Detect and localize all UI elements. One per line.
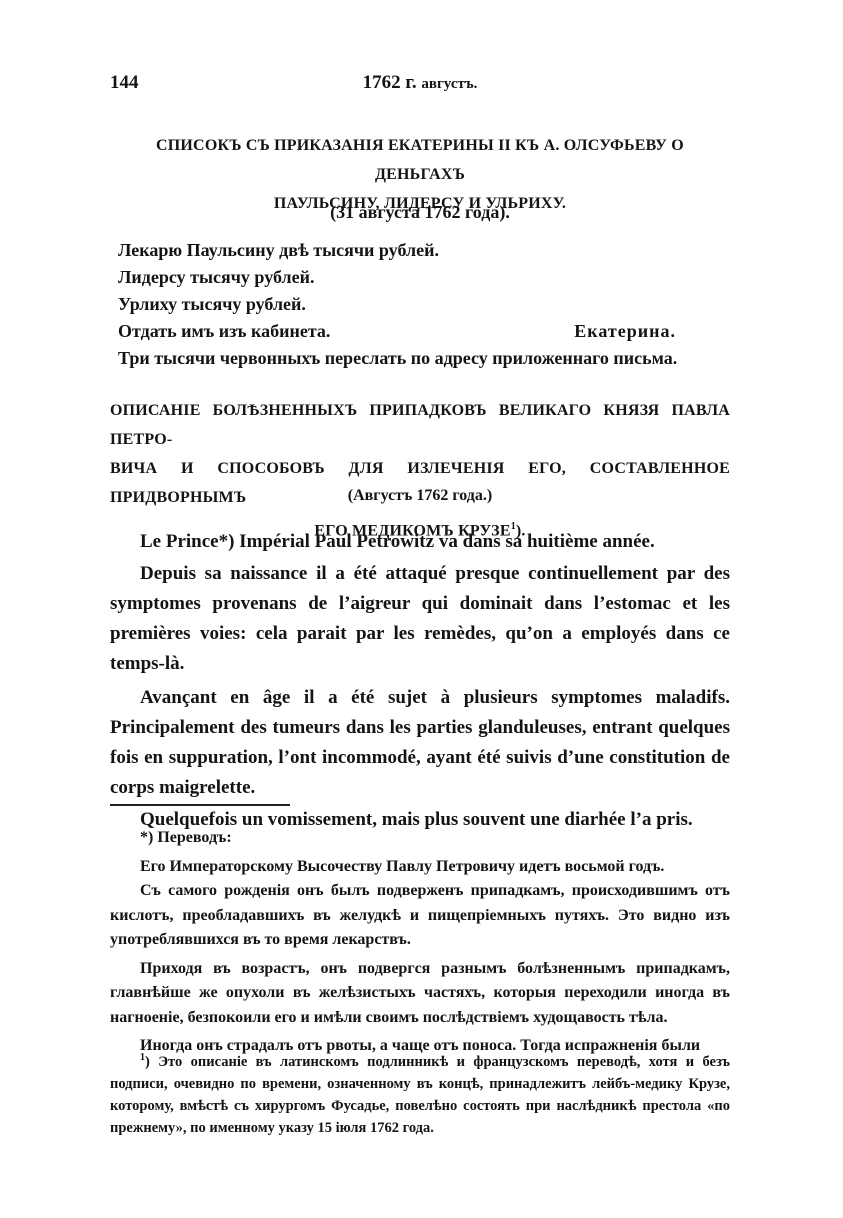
order-line-3: Урлиху тысячу рублей. (118, 291, 718, 318)
paragraph-2: Depuis sa naissance il a été attaqué pre… (110, 559, 730, 679)
footnote-1-body: ) Это описаніе въ латинскомъ подлинникѣ … (110, 1054, 730, 1136)
translation-paragraph-3: Приходя въ возрастъ, онъ подвергся разны… (110, 957, 730, 1031)
order-instruction: Отдать имъ изъ кабинета. (118, 318, 330, 345)
order-line-2: Лидерсу тысячу рублей. (118, 264, 718, 291)
footnote-separator (110, 804, 290, 806)
section1-date: (31 августа 1762 года). (110, 198, 730, 226)
running-title: 1762 г. августъ. (110, 72, 730, 94)
section2-heading: Описаніе болѣзненныхъ припадковъ великаг… (110, 396, 730, 545)
footnote-translation-heading: *) Переводъ: (110, 826, 730, 851)
section1-body: Лекарю Паульсину двѣ тысячи рублей. Лиде… (118, 237, 718, 372)
footnote-translation: *) Переводъ: Его Императорскому Высочест… (110, 826, 730, 1059)
order-line-1: Лекарю Паульсину двѣ тысячи рублей. (118, 237, 718, 264)
order-line-5: Три тысячи червонныхъ переслать по адрес… (118, 345, 718, 372)
section2-title-line1: Описаніе болѣзненныхъ припадковъ великаг… (110, 396, 730, 454)
translation-paragraph-2: Съ самого рожденія онъ былъ подверженъ п… (110, 879, 730, 953)
section1-title-line1: Списокъ съ приказанія Екатерины II къ А.… (110, 131, 730, 189)
paragraph-1: Le Prince*) Impérial Paul Petrowitz va d… (110, 527, 730, 557)
signature: Екатерина. (574, 318, 676, 345)
section2-body: Le Prince*) Impérial Paul Petrowitz va d… (110, 527, 730, 835)
footnote-1: 1) Это описаніе въ латинскомъ подлинникѣ… (110, 1047, 730, 1139)
footnote-1-text: 1) Это описаніе въ латинскомъ подлинникѣ… (110, 1047, 730, 1139)
order-line-4: Отдать имъ изъ кабинета. Екатерина. (118, 318, 718, 345)
translation-paragraph-1: Его Императорскому Высочеству Павлу Петр… (110, 855, 730, 880)
paragraph-3: Avançant en âge il a été sujet à plusieu… (110, 683, 730, 803)
running-title-month: августъ. (421, 76, 477, 92)
section2-date: (Августъ 1762 года.) (110, 482, 730, 510)
running-head: 144 1762 г. августъ. (110, 72, 730, 100)
running-title-year: 1762 г. (363, 72, 417, 93)
